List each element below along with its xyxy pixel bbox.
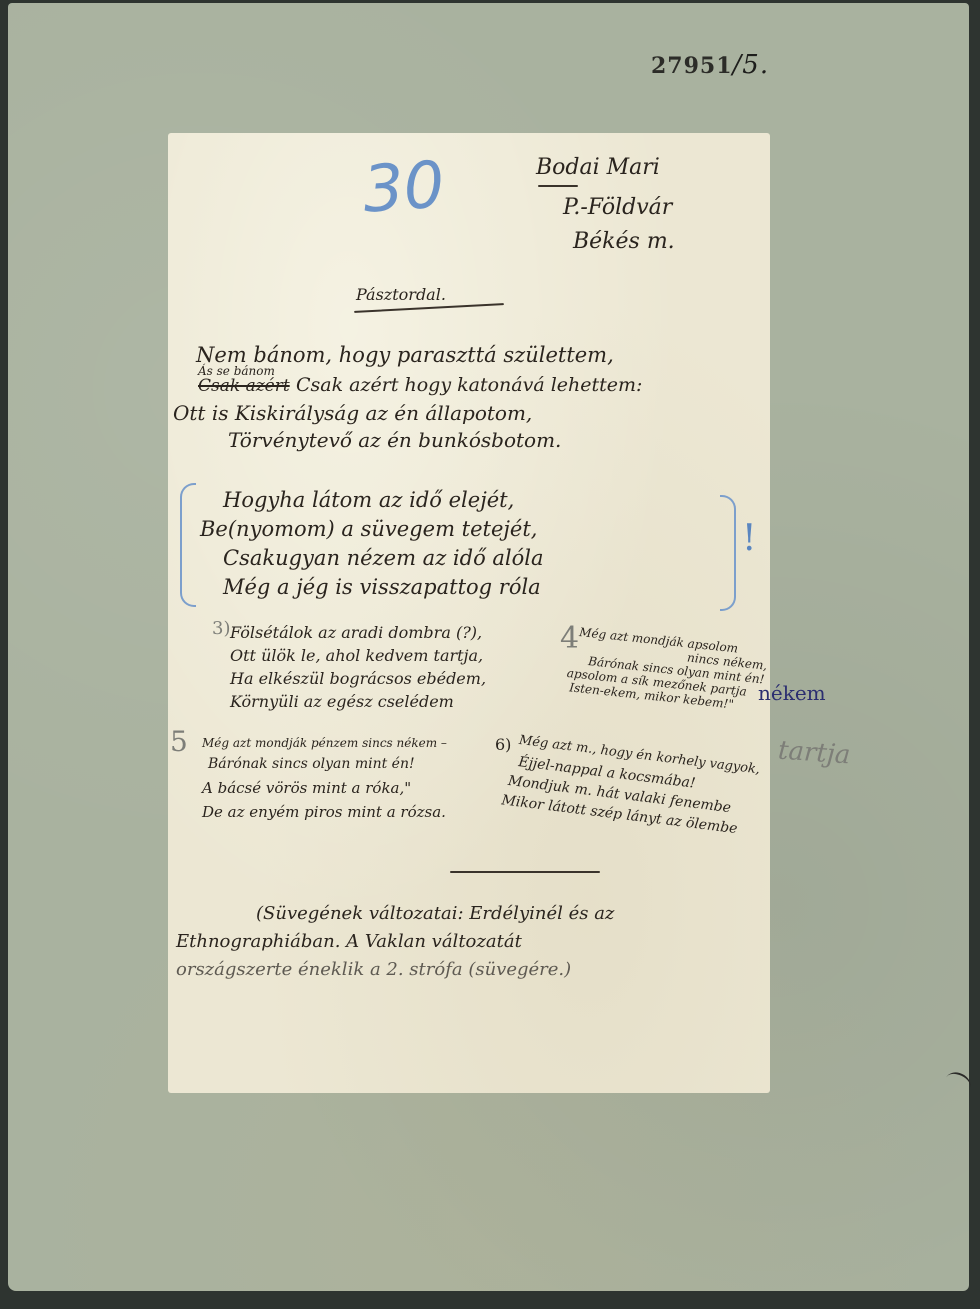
stanza-2-line-2: Be(nyomom) a süvegem tetejét, [200, 517, 537, 541]
stanza-5-line-4: De az enyém piros mint a rózsa. [202, 803, 446, 821]
stanza-3-line-2: Ott ülök le, ahol kedvem tartja, [230, 646, 483, 665]
stanza-6-number: 6) [495, 735, 511, 754]
stanza-2-line-3: Csakugyan nézem az idő alóla [223, 546, 544, 570]
margin-pencil-note: tartja [777, 736, 851, 771]
stanza-3-number: 3) [212, 618, 230, 639]
stanza-5-line-1: Még azt mondják pénzem sincs nékem – [202, 736, 447, 750]
informant-county: Békés m. [573, 229, 675, 254]
note-line-2: Ethnographiában. A Vaklan változatát [176, 931, 522, 952]
left-brace [180, 483, 196, 607]
stanza-5-number: 5 [170, 725, 188, 758]
archive-number-value: 27951 [651, 53, 733, 79]
stanza-5-line-3: A bácsé vörös mint a róka," [202, 779, 411, 797]
stanza-4: Még azt mondják apsolom nincs nékem, Bár… [573, 625, 760, 714]
separator-line [450, 871, 600, 873]
informant-place: P.-Földvár [563, 195, 672, 220]
manuscript-sheet: 30 Bodai Mari P.-Földvár Békés m. Pászto… [168, 133, 770, 1093]
stanza-3-line-4: Környüli az egész cselédem [230, 692, 454, 711]
title-underline [354, 303, 504, 312]
stanza-3-line-3: Ha elkészül bográcsos ebédem, [230, 669, 486, 688]
archive-number: 27951/5. [651, 50, 769, 80]
stanza-1-line-4: Törvénytevő az én bunkósbotom. [228, 428, 561, 452]
stanza-5-line-2: Bárónak sincs olyan mint én! [208, 756, 415, 772]
name-underline [538, 185, 578, 187]
right-brace [720, 495, 736, 611]
margin-exclamation: ! [742, 518, 756, 559]
stanza-1-line-2: Csak azért hogy katonává lehettem: [296, 374, 642, 396]
song-title: Pásztordal. [356, 285, 446, 304]
note-line-1: (Süvegének változatai: Erdélyinél és az [256, 903, 614, 924]
archive-number-suffix: /5. [733, 50, 770, 80]
ink-mark [942, 1068, 974, 1097]
informant-name: Bodai Mari [536, 155, 660, 180]
folio-number: 30 [361, 148, 447, 228]
stanza-1-struck-text: Csak azért [198, 376, 290, 396]
stanza-3-line-1: Fölsétálok az aradi dombra (?), [230, 623, 482, 642]
stanza-2-line-4: Még a jég is visszapattog róla [223, 575, 541, 599]
note-line-3: országszerte éneklik a 2. strófa (süvegé… [176, 959, 571, 980]
stanza-4-ink-insert: nékem [758, 681, 826, 705]
stanza-4-line-1: Még azt mondják apsolom [579, 625, 760, 658]
stanza-1-line-3: Ott is Kiskirályság az én állapotom, [173, 401, 532, 425]
stanza-6: Még azt m., hogy én korhely vagyok, Éjje… [512, 733, 760, 825]
stanza-2-line-1: Hogyha látom az idő elejét, [223, 488, 514, 512]
